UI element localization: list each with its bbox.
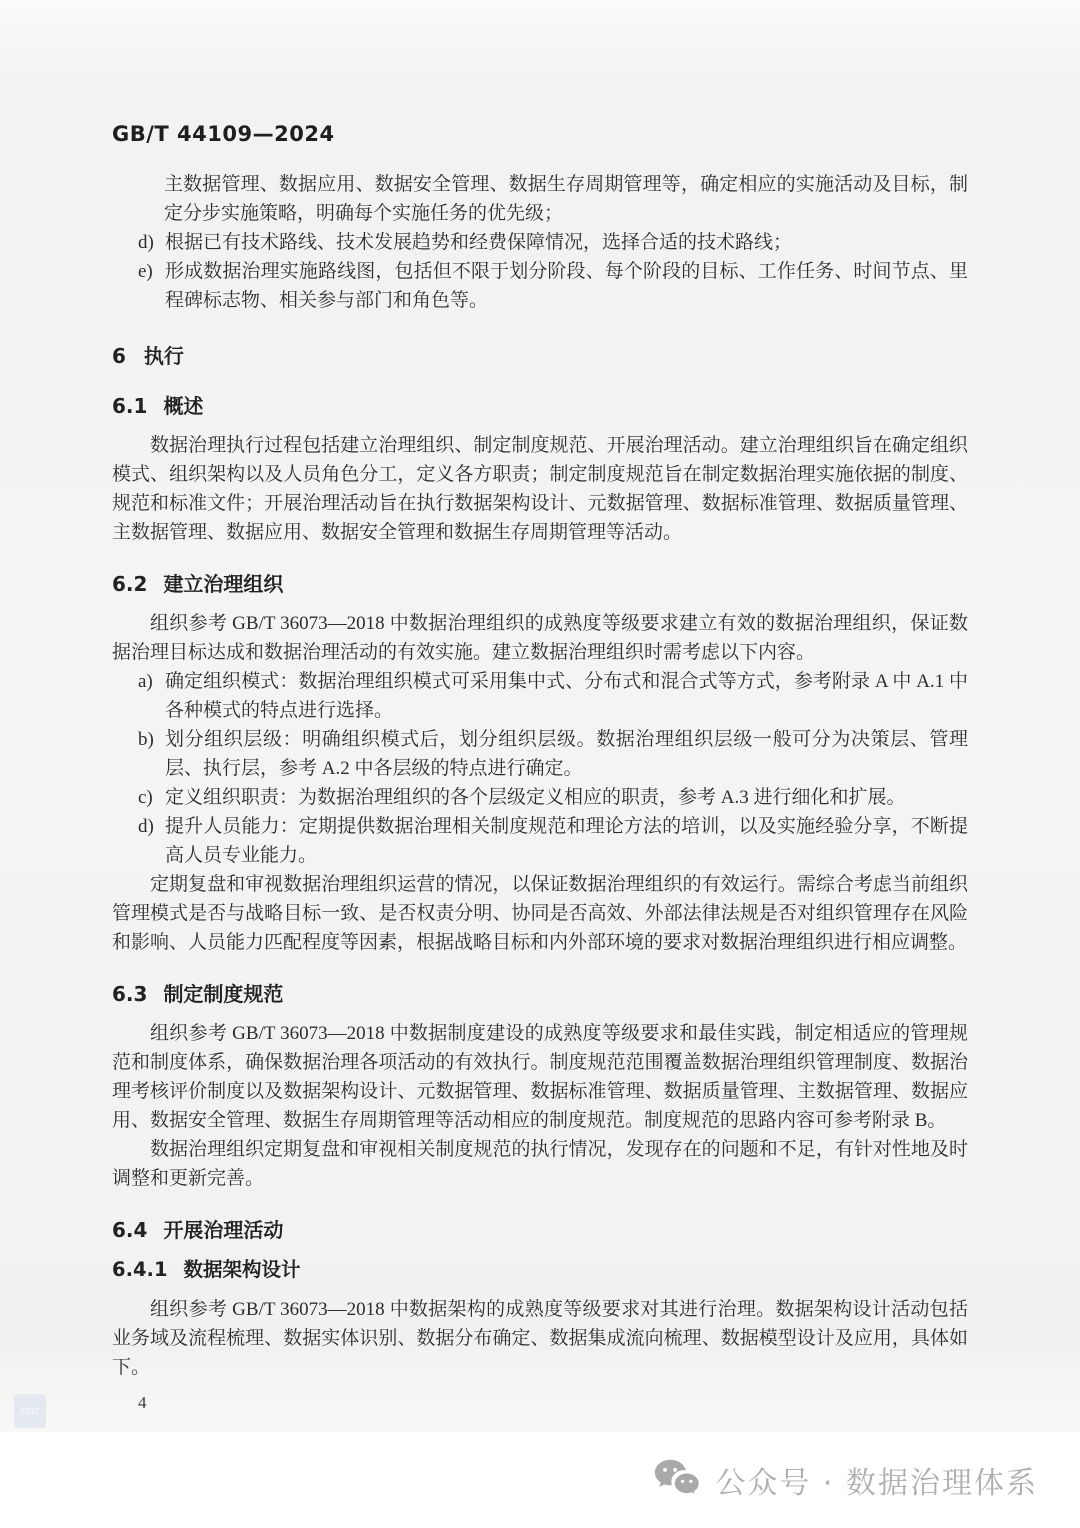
list-item: c) 定义组织职责：为数据治理组织的各个层级定义相应的职责，参考 A.3 进行细… [112, 783, 968, 812]
section-6-2-closing: 定期复盘和审视数据治理组织运营的情况，以保证数据治理组织的有效运行。需综合考虑当… [112, 870, 968, 957]
document-page: GB/T 44109—2024 主数据管理、数据应用、数据安全管理、数据生存周期… [0, 0, 1080, 1432]
section-6-3-paragraph-2: 数据治理组织定期复盘和审视相关制度规范的执行情况，发现存在的问题和不足，有针对性… [112, 1135, 968, 1193]
list-item-text: 定义组织职责：为数据治理组织的各个层级定义相应的职责，参考 A.3 进行细化和扩… [165, 783, 968, 812]
section-6-1-heading: 6.1概述 [112, 393, 968, 419]
list-marker: c) [138, 783, 165, 812]
page-content: GB/T 44109—2024 主数据管理、数据应用、数据安全管理、数据生存周期… [0, 0, 1080, 1417]
list-item-text: 提升人员能力：定期提供数据治理相关制度规范和理论方法的培训，以及实施经验分享，不… [165, 812, 968, 870]
wechat-icon [653, 1458, 701, 1502]
list-marker: b) [138, 725, 165, 783]
list-marker: d) [138, 812, 165, 870]
list-marker: a) [138, 667, 165, 725]
section-6-3-paragraph-1: 组织参考 GB/T 36073—2018 中数据制度建设的成熟度等级要求和最佳实… [112, 1019, 968, 1135]
section-title: 开展治理活动 [163, 1218, 283, 1242]
list-marker: e) [138, 257, 165, 315]
section-6-2-heading: 6.2建立治理组织 [112, 571, 968, 597]
clause-6-heading: 6执行 [112, 343, 968, 369]
list-item-text: 根据已有技术路线、技术发展趋势和经费保障情况，选择合适的技术路线； [165, 228, 968, 257]
section-title: 制定制度规范 [163, 982, 283, 1006]
list-item-text: 确定组织模式：数据治理组织模式可采用集中式、分布式和混合式等方式，参考附录 A … [165, 667, 968, 725]
page-number: 4 [138, 1388, 968, 1417]
list-item: a) 确定组织模式：数据治理组织模式可采用集中式、分布式和混合式等方式，参考附录… [112, 667, 968, 725]
list-item: e) 形成数据治理实施路线图，包括但不限于划分阶段、每个阶段的目标、工作任务、时… [112, 257, 968, 315]
list-item: d) 提升人员能力：定期提供数据治理相关制度规范和理论方法的培训，以及实施经验分… [112, 812, 968, 870]
list-item-text: 划分组织层级：明确组织模式后，划分组织层级。数据治理组织层级一般可分为决策层、管… [165, 725, 968, 783]
section-6-4-1-heading: 6.4.1数据架构设计 [112, 1257, 968, 1283]
watermark-footer: 公众号 · 数据治理体系 [0, 1432, 1080, 1528]
section-number: 6.3 [112, 982, 147, 1006]
section-number: 6.4 [112, 1218, 147, 1242]
section-6-4-heading: 6.4开展治理活动 [112, 1217, 968, 1243]
clause-number: 6 [112, 344, 126, 368]
corner-stamp: SSIC [14, 1394, 46, 1428]
standard-number: GB/T 44109—2024 [112, 122, 968, 146]
section-6-1-paragraph: 数据治理执行过程包括建立治理组织、制定制度规范、开展治理活动。建立治理组织旨在确… [112, 431, 968, 547]
section-6-2-intro: 组织参考 GB/T 36073—2018 中数据治理组织的成熟度等级要求建立有效… [112, 609, 968, 667]
clause-title: 执行 [144, 344, 184, 368]
list-marker: d) [138, 228, 165, 257]
list-item: d) 根据已有技术路线、技术发展趋势和经费保障情况，选择合适的技术路线； [112, 228, 968, 257]
section-title: 数据架构设计 [184, 1258, 301, 1281]
list-item-text: 形成数据治理实施路线图，包括但不限于划分阶段、每个阶段的目标、工作任务、时间节点… [165, 257, 968, 315]
section-6-3-heading: 6.3制定制度规范 [112, 981, 968, 1007]
list-item: b) 划分组织层级：明确组织模式后，划分组织层级。数据治理组织层级一般可分为决策… [112, 725, 968, 783]
section-title: 建立治理组织 [163, 572, 283, 596]
list-continuation-text: 主数据管理、数据应用、数据安全管理、数据生存周期管理等，确定相应的实施活动及目标… [112, 170, 968, 228]
section-6-4-1-paragraph: 组织参考 GB/T 36073—2018 中数据架构的成熟度等级要求对其进行治理… [112, 1295, 968, 1382]
watermark-text: 公众号 · 数据治理体系 [715, 1458, 1038, 1502]
section-title: 概述 [163, 394, 203, 418]
section-number: 6.4.1 [112, 1258, 168, 1281]
section-number: 6.2 [112, 572, 147, 596]
section-number: 6.1 [112, 394, 147, 418]
